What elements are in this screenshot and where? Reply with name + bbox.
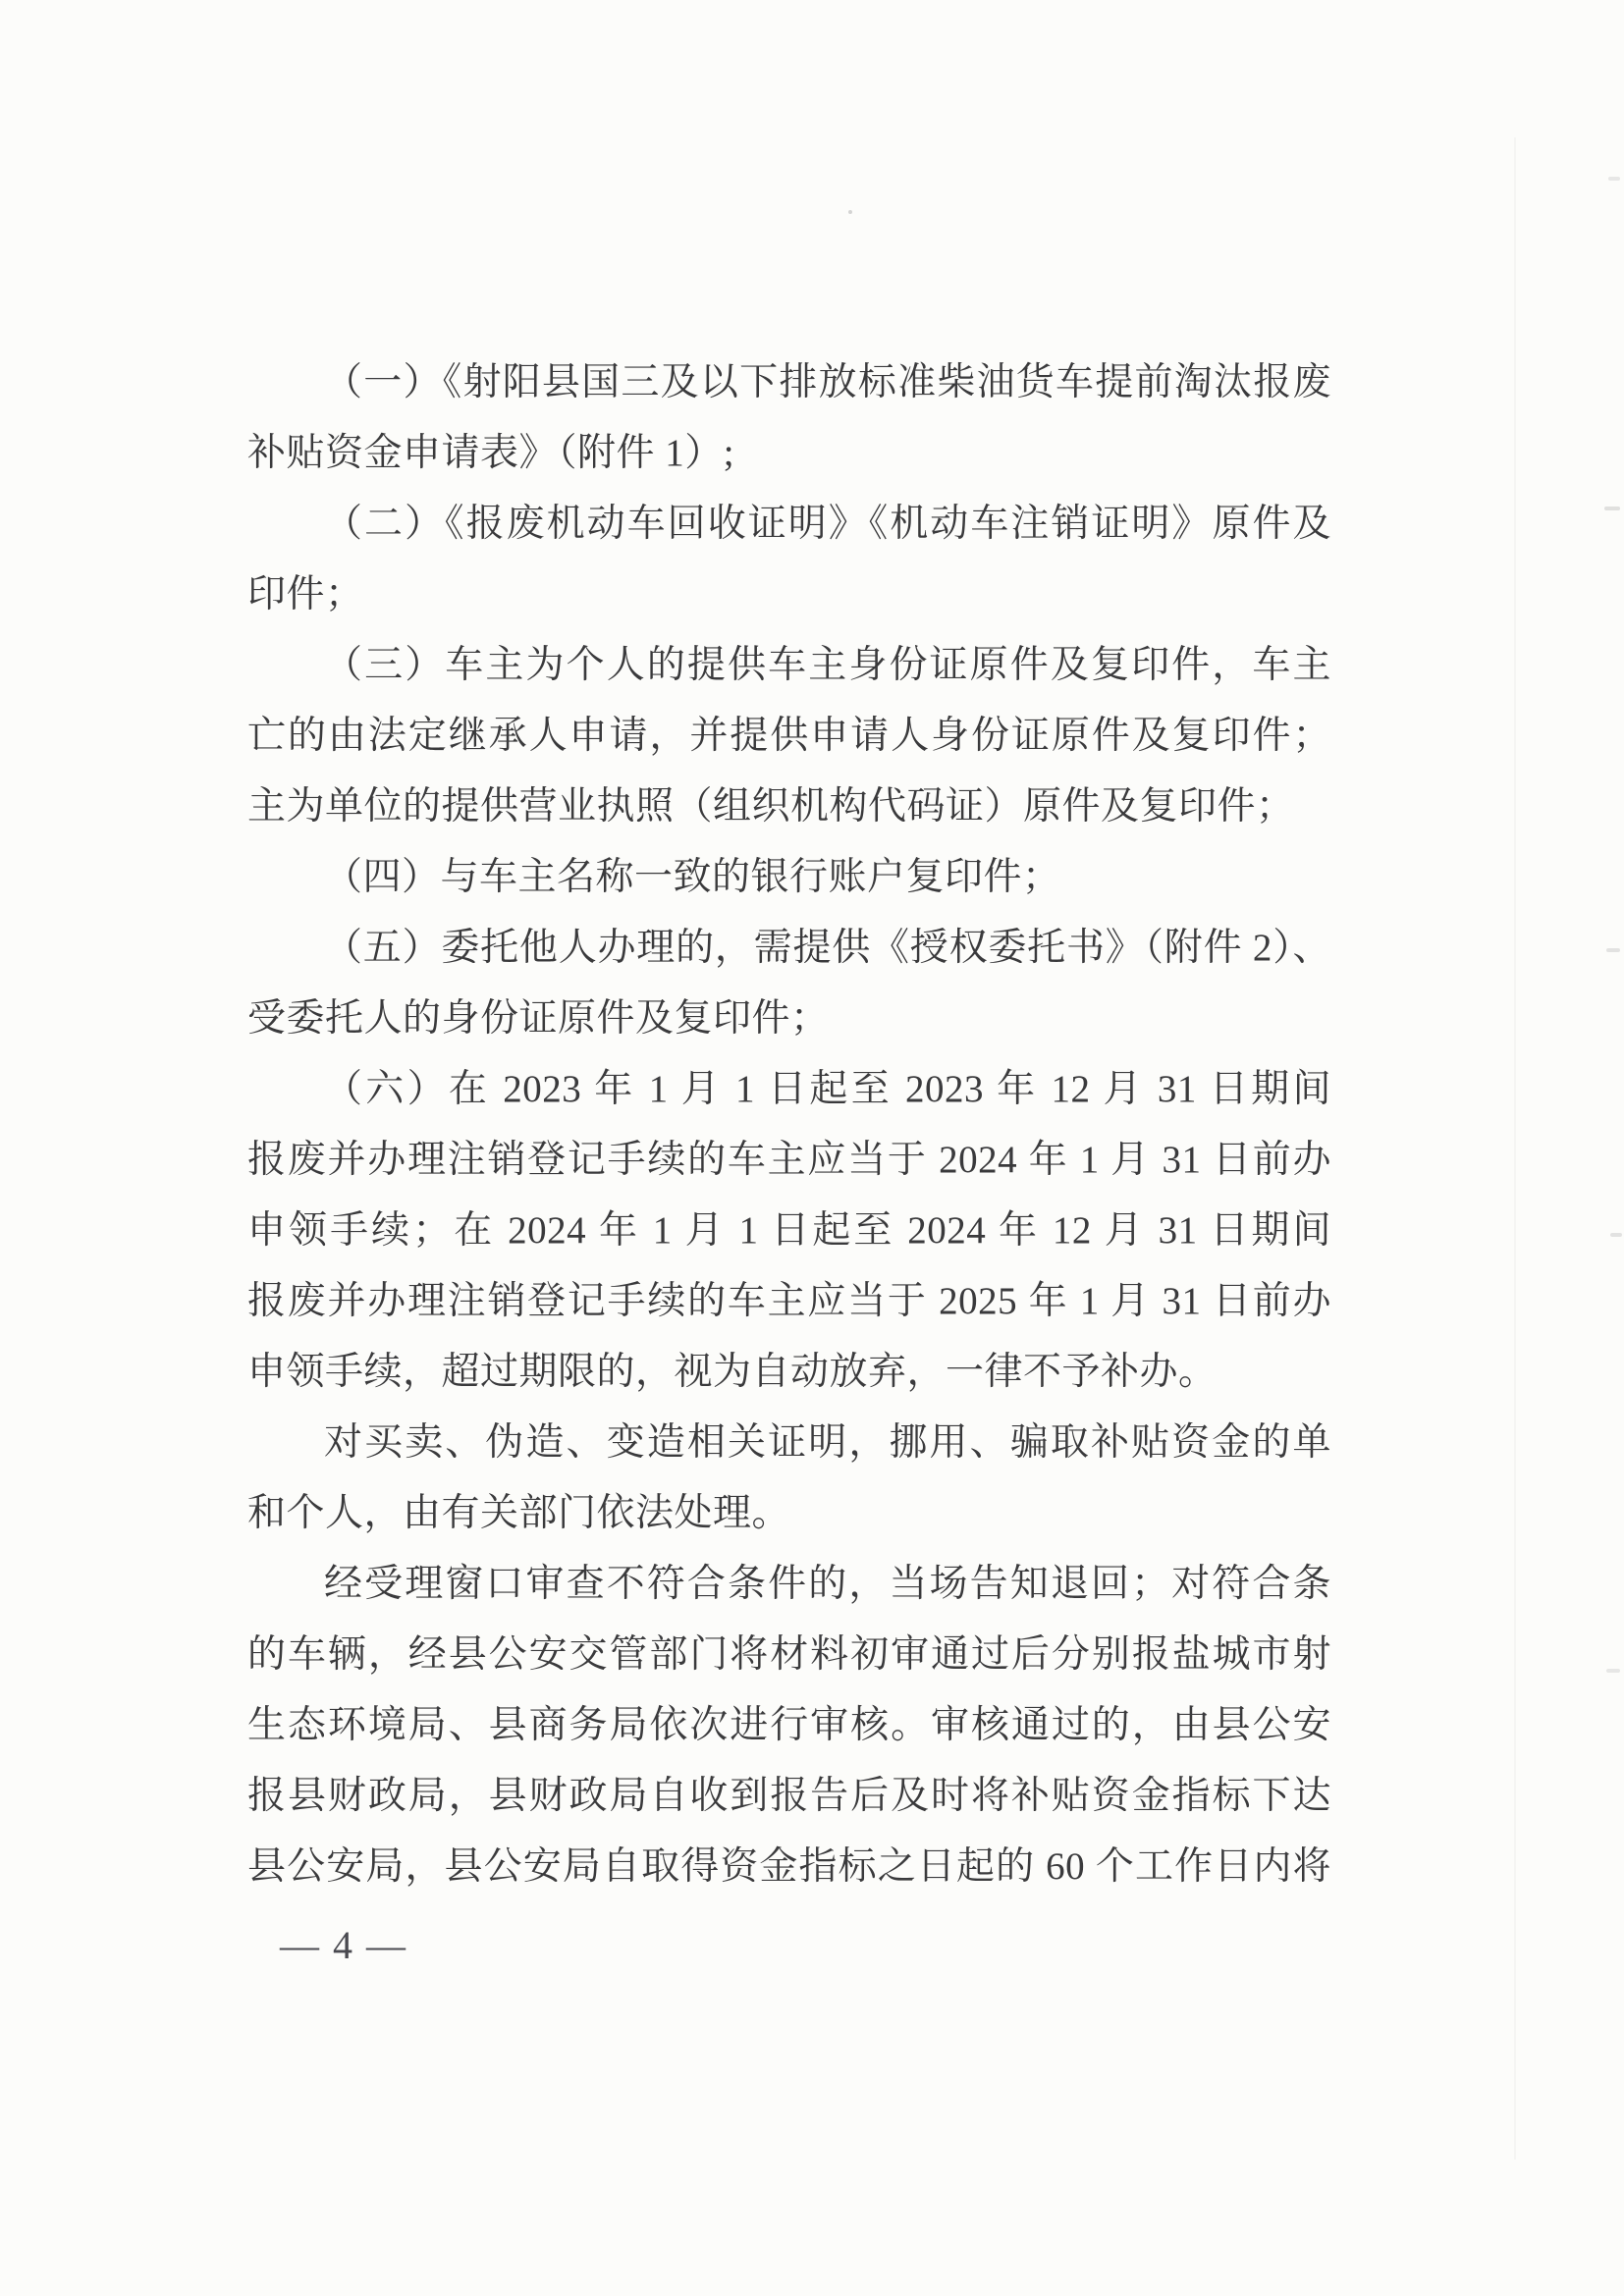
text-line: 受委托人的身份证原件及复印件；: [247, 984, 1331, 1054]
scan-artifact: [848, 210, 852, 214]
text-line: 主为单位的提供营业执照（组织机构代码证）原件及复印件；: [247, 772, 1331, 842]
text-line: 报废并办理注销登记手续的车主应当于 2024 年 1 月 31 日前办理: [247, 1125, 1331, 1196]
scan-artifact: [1606, 948, 1620, 952]
scan-streak-artifact: [1514, 137, 1516, 2160]
scan-artifact: [1604, 507, 1620, 510]
text-line: （四）与车主名称一致的银行账户复印件；: [247, 842, 1331, 913]
text-line: 县公安局，县公安局自取得资金指标之日起的 60 个工作日内将: [247, 1832, 1331, 1902]
scan-artifact: [1608, 177, 1620, 181]
text-line: 亡的由法定继承人申请，并提供申请人身份证原件及复印件；车: [247, 701, 1331, 772]
text-line: 和个人，由有关部门依法处理。: [247, 1478, 1331, 1549]
text-line: 生态环境局、县商务局依次进行审核。审核通过的，由县公安局: [247, 1690, 1331, 1761]
text-line: （五）委托他人办理的，需提供《授权委托书》（附件 2）、: [247, 913, 1331, 984]
document-page: （一）《射阳县国三及以下排放标准柴油货车提前淘汰报废 补贴资金申请表》（附件 1…: [0, 0, 1624, 2296]
scan-artifact: [1606, 1669, 1620, 1673]
text-line: （三）车主为个人的提供车主身份证原件及复印件，车主死: [247, 630, 1331, 701]
text-line: 报县财政局，县财政局自收到报告后及时将补贴资金指标下达到: [247, 1761, 1331, 1832]
scan-artifact: [1610, 1233, 1622, 1237]
text-line: 的车辆，经县公安交管部门将材料初审通过后分别报盐城市射阳: [247, 1620, 1331, 1690]
text-line: 报废并办理注销登记手续的车主应当于 2025 年 1 月 31 日前办理: [247, 1266, 1331, 1337]
text-line: 对买卖、伪造、变造相关证明，挪用、骗取补贴资金的单位: [247, 1408, 1331, 1478]
page-number: — 4 —: [280, 1916, 407, 1975]
text-line: 印件；: [247, 560, 1331, 630]
text-line: （六）在 2023 年 1 月 1 日起至 2023 年 12 月 31 日期间…: [247, 1054, 1331, 1125]
text-line: 经受理窗口审查不符合条件的，当场告知退回；对符合条件: [247, 1549, 1331, 1620]
body-text: （一）《射阳县国三及以下排放标准柴油货车提前淘汰报废 补贴资金申请表》（附件 1…: [247, 347, 1331, 1902]
text-line: 补贴资金申请表》（附件 1）;: [247, 418, 1331, 489]
text-line: 申领手续，超过期限的，视为自动放弃，一律不予补办。: [247, 1337, 1331, 1408]
text-line: （一）《射阳县国三及以下排放标准柴油货车提前淘汰报废: [247, 347, 1331, 418]
text-line: （二）《报废机动车回收证明》《机动车注销证明》原件及复: [247, 489, 1331, 560]
text-line: 申领手续；在 2024 年 1 月 1 日起至 2024 年 12 月 31 日…: [247, 1196, 1331, 1266]
